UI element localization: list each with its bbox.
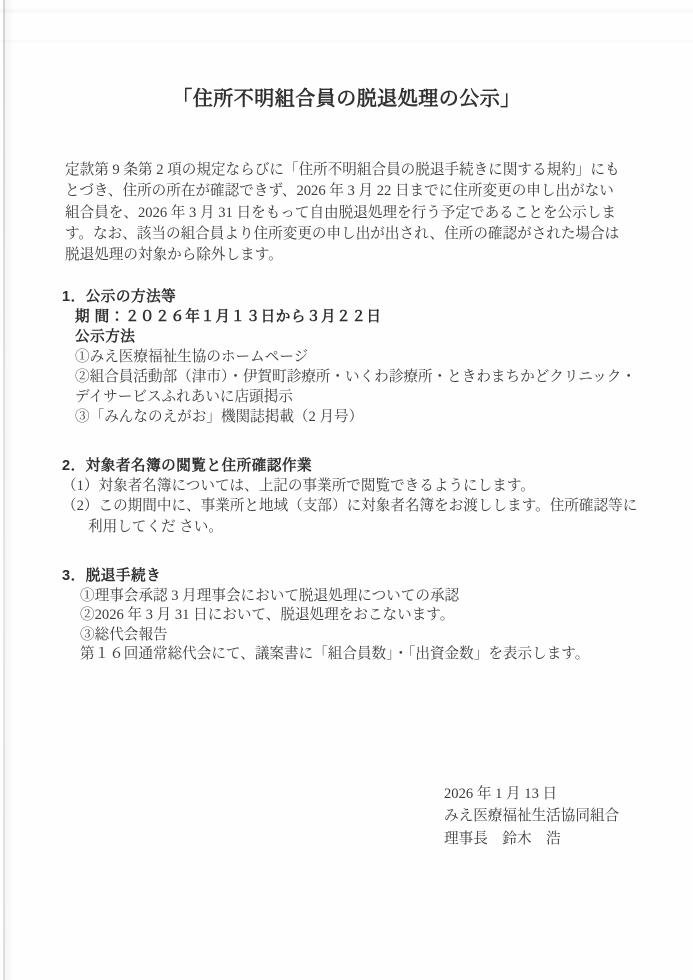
section-roster-inspection: 2．対象者名簿の閲覧と住所確認作業 （1）対象者名簿については、上記の事業所で閲… (62, 456, 637, 537)
notice-method-label: 公示方法 (75, 327, 636, 347)
section-1-heading: 1．公示の方法等 (62, 287, 636, 307)
section-withdrawal-procedure: 3．脱退手続き ①理事会承認 3 月理事会において脱退処理についての承認 ②20… (62, 567, 589, 665)
section-2-heading: 2．対象者名簿の閲覧と住所確認作業 (62, 456, 637, 476)
document-title: 「住所不明組合員の脱退処理の公示」 (0, 82, 693, 111)
section-notice-methods: 1．公示の方法等 期 間：２０２６年１月１３日から３月２２日 公示方法 ①みえ医… (62, 287, 636, 427)
procedure-item-assembly-detail: 第１６回通常総代会にて、議案書に「組合員数」・「出資金数」を表示します。 (80, 645, 589, 665)
notice-method-item-magazine: ③「みんなのえがお」機関誌掲載（2 月号） (75, 407, 636, 427)
notice-method-item-homepage: ①みえ医療福祉生協のホームページ (75, 347, 636, 367)
notice-method-item-offices-continued: デイサービスふれあいに店頭掲示 (75, 387, 636, 407)
intro-paragraph: 定款第 9 条第 2 項の規定ならびに「住所不明組合員の脱退手続きに関する規約」… (65, 160, 687, 266)
procedure-item-assembly-report: ③総代会報告 (80, 626, 589, 646)
signature-president-name: 理事長 鈴木 浩 (444, 828, 619, 850)
roster-item-2: （2）この期間中に、事業所と地域（支部）に対象者名簿をお渡しします。住所確認等に (62, 496, 637, 516)
signature-block: 2026 年 1 月 13 日 みえ医療福祉生活協同組合 理事長 鈴木 浩 (444, 783, 619, 850)
roster-item-1: （1）対象者名簿については、上記の事業所で閲覧できるようにします。 (62, 476, 637, 496)
scanned-document-page: 「住所不明組合員の脱退処理の公示」 定款第 9 条第 2 項の規定ならびに「住所… (0, 0, 693, 980)
notice-period-line: 期 間：２０２６年１月１３日から３月２２日 (75, 307, 636, 327)
signature-organization: みえ医療福祉生活協同組合 (444, 805, 619, 827)
procedure-item-processing-date: ②2026 年 3 月 31 日において、脱退処理をおこないます。 (80, 606, 589, 626)
roster-item-2-continued: 利用してくだ さい。 (88, 517, 637, 537)
scan-streak-artifact (0, 9, 693, 13)
signature-date: 2026 年 1 月 13 日 (444, 783, 619, 805)
procedure-item-board-approval: ①理事会承認 3 月理事会において脱退処理についての承認 (80, 587, 589, 607)
notice-method-item-offices: ②組合員活動部（津市）・伊賀町診療所・いくわ診療所・ときわまちかどクリニック・ (75, 367, 636, 387)
section-3-heading: 3．脱退手続き (62, 567, 589, 587)
scan-left-shadow-artifact (5, 0, 14, 980)
scan-streak-artifact (0, 40, 693, 43)
